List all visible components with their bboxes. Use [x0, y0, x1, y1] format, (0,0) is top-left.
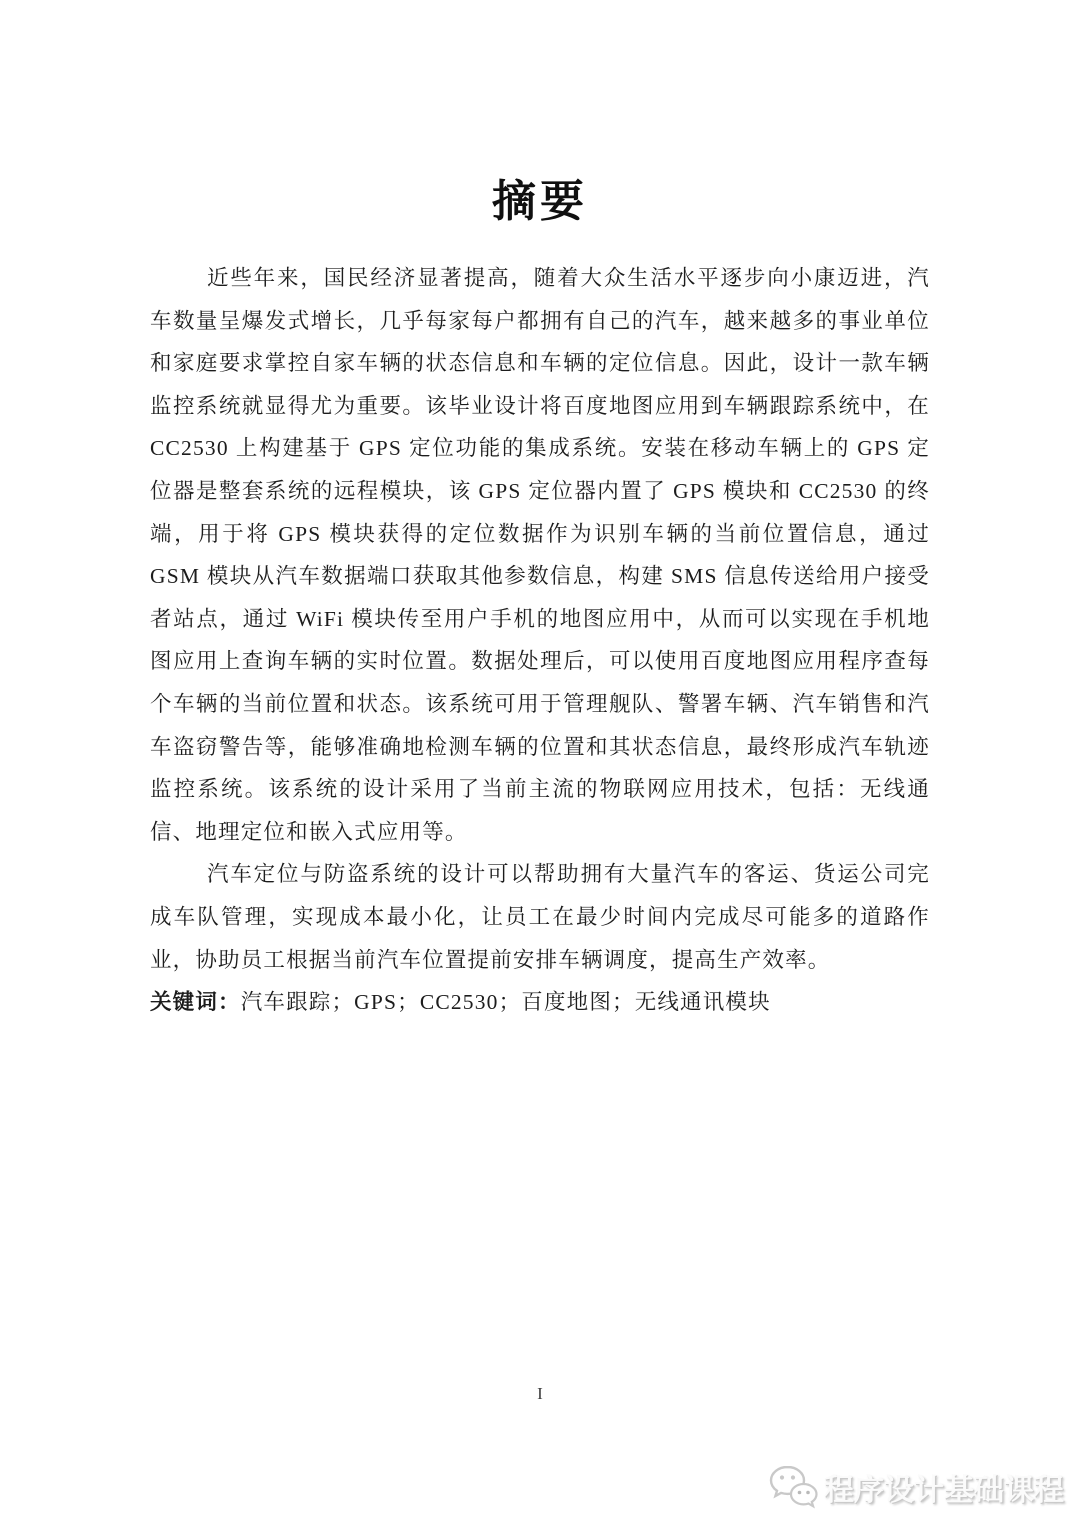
abstract-paragraph-2: 汽车定位与防盗系统的设计可以帮助拥有大量汽车的客运、货运公司完成车队管理，实现成…: [150, 853, 930, 981]
watermark-text: 程序设计基础课程: [824, 1465, 1064, 1509]
keywords-text: 汽车跟踪；GPS；CC2530；百度地图；无线通讯模块: [241, 990, 771, 1014]
keywords-line: 关键词：汽车跟踪；GPS；CC2530；百度地图；无线通讯模块: [150, 981, 930, 1024]
abstract-paragraph-1: 近些年来，国民经济显著提高，随着大众生活水平逐步向小康迈进，汽车数量呈爆发式增长…: [150, 257, 930, 853]
wechat-icon: [768, 1462, 818, 1512]
keywords-label: 关键词：: [150, 990, 241, 1014]
page-number: I: [0, 1384, 1080, 1404]
watermark: 程序设计基础课程: [768, 1462, 1064, 1512]
page-title: 摘要: [0, 165, 1080, 229]
abstract-body: 近些年来，国民经济显著提高，随着大众生活水平逐步向小康迈进，汽车数量呈爆发式增长…: [150, 257, 930, 1024]
document-page: 摘要 近些年来，国民经济显著提高，随着大众生活水平逐步向小康迈进，汽车数量呈爆发…: [0, 0, 1080, 1527]
